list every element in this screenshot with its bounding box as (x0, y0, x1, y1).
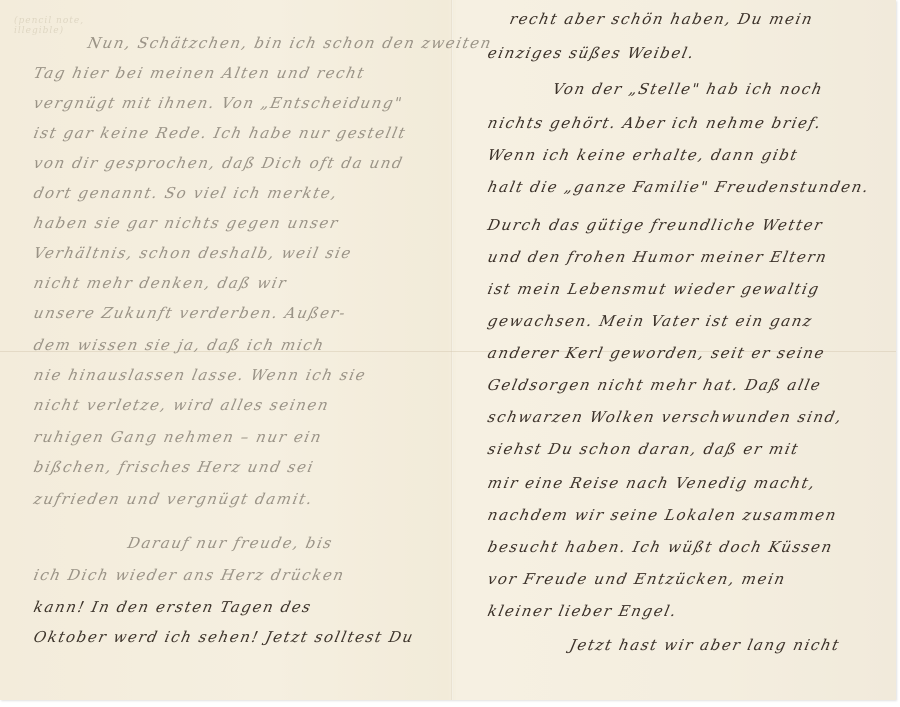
left-page-handwritten-line: unsere Zukunft verderben. Außer- (32, 304, 348, 322)
letter-sheet: (pencil note, illegible) Nun, Schätzchen… (0, 0, 896, 700)
left-page-handwritten-line: nicht mehr denken, daß wir (32, 274, 289, 292)
right-page-handwritten-line: Von der „Stelle" hab ich noch (551, 80, 825, 98)
right-page-handwritten-line: vor Freude und Entzücken, mein (486, 570, 788, 588)
right-page-handwritten-line: und den frohen Humor meiner Eltern (486, 248, 829, 266)
left-page-handwritten-line: Verhältnis, schon deshalb, weil sie (32, 244, 354, 262)
right-page: recht aber schön haben, Du meineinziges … (453, 0, 896, 700)
right-page-handwritten-line: Jetzt hast wir aber lang nicht (568, 636, 842, 654)
right-page-handwritten-line: siehst Du schon daran, daß er mit (486, 440, 801, 458)
right-page-handwritten-line: mir eine Reise nach Venedig macht, (486, 474, 818, 492)
left-page-handwritten-line: vergnügt mit ihnen. Von „Entscheidung" (32, 94, 405, 112)
left-page-handwritten-line: nie hinauslassen lasse. Wenn ich sie (32, 366, 368, 384)
left-page-handwritten-line: ist gar keine Rede. Ich habe nur gestell… (32, 124, 408, 142)
right-page-handwritten-line: recht aber schön haben, Du mein (508, 10, 815, 28)
left-page-handwritten-line: Oktober werd ich sehen! Jetzt solltest D… (32, 628, 416, 646)
right-page-handwritten-line: gewachsen. Mein Vater ist ein ganz (486, 312, 815, 330)
right-page-handwritten-line: Wenn ich keine erhalte, dann gibt (486, 146, 800, 164)
right-page-handwritten-line: Geldsorgen nicht mehr hat. Daß alle (486, 376, 823, 394)
left-page-handwritten-line: ruhigen Gang nehmen – nur ein (32, 428, 324, 446)
right-page-handwritten-line: besucht haben. Ich wüßt doch Küssen (486, 538, 835, 556)
right-page-handwritten-line: kleiner lieber Engel. (486, 602, 679, 620)
left-page-handwritten-line: bißchen, frisches Herz und sei (32, 458, 316, 476)
left-page-handwritten-line: Tag hier bei meinen Alten und recht (32, 64, 367, 82)
left-page-handwritten-line: nicht verletze, wird alles seinen (32, 396, 331, 414)
left-page-handwritten-line: kann! In den ersten Tagen des (32, 598, 314, 616)
left-page-handwritten-line: Nun, Schätzchen, bin ich schon den zweit… (86, 34, 494, 52)
left-page: Nun, Schätzchen, bin ich schon den zweit… (0, 0, 451, 700)
left-page-handwritten-line: von dir gesprochen, daß Dich oft da und (32, 154, 405, 172)
right-page-handwritten-line: ist mein Lebensmut wieder gewaltig (486, 280, 822, 298)
right-page-handwritten-line: Durch das gütige freundliche Wetter (486, 216, 825, 234)
left-page-handwritten-line: dort genannt. So viel ich merkte, (32, 184, 340, 202)
right-page-handwritten-line: halt die „ganze Familie" Freudenstunden. (486, 178, 871, 196)
left-page-handwritten-line: dem wissen sie ja, daß ich mich (32, 336, 327, 354)
left-page-handwritten-line: zufrieden und vergnügt damit. (32, 490, 315, 508)
right-page-handwritten-line: nachdem wir seine Lokalen zusammen (486, 506, 839, 524)
right-page-handwritten-line: anderer Kerl geworden, seit er seine (486, 344, 827, 362)
right-page-handwritten-line: einziges süßes Weibel. (486, 44, 697, 62)
right-page-handwritten-line: schwarzen Wolken verschwunden sind, (486, 408, 844, 426)
left-page-handwritten-line: haben sie gar nichts gegen unser (32, 214, 341, 232)
left-page-handwritten-line: Darauf nur freude, bis (126, 534, 335, 552)
right-page-handwritten-line: nichts gehört. Aber ich nehme brief. (486, 114, 824, 132)
left-page-handwritten-line: ich Dich wieder ans Herz drücken (32, 566, 347, 584)
